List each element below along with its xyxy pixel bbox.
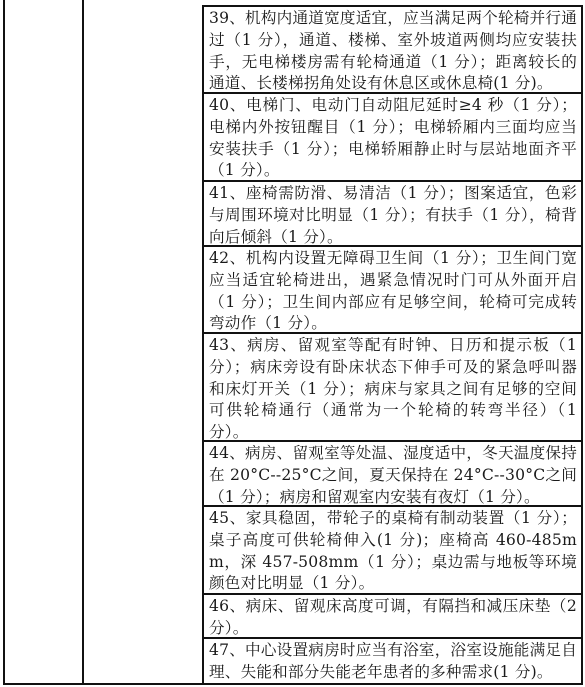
column-divider-2 (202, 5, 204, 685)
category-cell (5, 0, 82, 683)
criteria-item-44: 44、病房、留观室等处温、湿度适中，冬天温度保持在 20°C--25°C之间，夏… (205, 442, 579, 505)
criteria-item-46: 46、病床、留观床高度可调，有隔挡和减压床垫（2 分）。 (205, 595, 579, 637)
criteria-item-42: 42、机构内设置无障碍卫生间（1 分）；卫生间门宽应当适宜轮椅进出，遇紧急情况时… (205, 247, 579, 332)
sub-category-cell (84, 0, 202, 683)
criteria-item-47: 47、中心设置病房时应当有浴室，浴室设施能满足自理、失能和部分失能老年患者的多种… (205, 639, 579, 683)
criteria-item-45: 45、家具稳固，带轮子的桌椅有制动装置（1 分）；桌子高度可供轮椅伸入(1 分)… (205, 507, 579, 593)
table-right-border (581, 5, 583, 685)
criteria-item-40: 40、电梯门、电动门自动阻尼延时≥4 秒（1 分）；电梯内外按钮醒目（1 分）；… (205, 94, 579, 180)
criteria-item-43: 43、病房、留观室等配有时钟、日历和提示板（1 分）；病床旁设有卧床状态下伸手可… (205, 334, 579, 440)
criteria-item-39: 39、机构内通道宽度适宜，应当满足两个轮椅并行通过（1 分），通道、楼梯、室外坡… (205, 7, 579, 92)
criteria-item-41: 41、座椅需防滑、易清洁（1 分）；图案适宜，色彩与周围环境对比明显（1 分）；… (205, 182, 579, 245)
